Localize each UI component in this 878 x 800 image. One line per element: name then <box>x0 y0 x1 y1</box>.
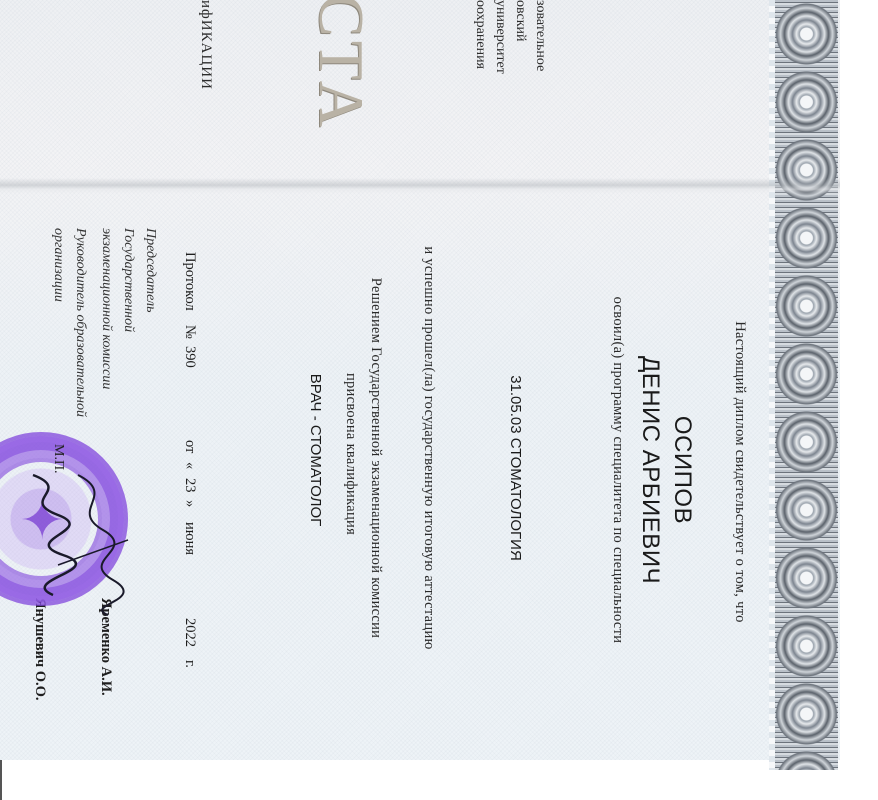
protocol-day: 23 <box>181 478 198 493</box>
guilloche-border-stripe <box>775 0 838 770</box>
chair-line-3: экзаменационной комиссии <box>98 228 114 389</box>
org-line-4: оохранения <box>472 0 488 69</box>
chair-line-1: Председатель <box>142 228 158 313</box>
intro-text: Настоящий диплом свидетельствует о том, … <box>731 321 748 622</box>
specialty: 31.05.03 СТОМАТОЛОГИЯ <box>507 375 524 561</box>
protocol-year: 2022 <box>181 618 198 647</box>
attestation-text: и успешно прошел(ла) государственную ито… <box>420 246 437 649</box>
diploma-sheet: зовательное овский университет оохранени… <box>0 0 878 800</box>
program-text: освоил(а) программу специалитета по спец… <box>609 297 626 644</box>
assigned-text: присвоена квалификация <box>342 373 359 535</box>
diploma-big-title: СТА <box>304 0 378 131</box>
protocol-year-suffix: г. <box>181 660 198 668</box>
qualification-heading: ифИКАЦИИ <box>197 0 214 90</box>
protocol-day-close: » <box>181 500 198 507</box>
head-name: Янушевич О.О. <box>31 598 48 701</box>
protocol-day-open: « <box>181 462 198 469</box>
given-names: ДЕНИС АРБИЕВИЧ <box>636 356 664 584</box>
head-line-1: Руководитель образовательной <box>72 228 88 417</box>
org-line-1: зовательное <box>532 0 548 71</box>
protocol-number: 390 <box>181 346 198 368</box>
qualification: ВРАЧ - СТОМАТОЛОГ <box>307 374 324 527</box>
chair-line-2: Государственной <box>120 228 136 332</box>
org-line-2: овский <box>512 0 528 42</box>
page-fold <box>0 178 840 194</box>
head-line-2: организации <box>50 228 66 302</box>
head-signature <box>8 470 88 600</box>
org-line-3: университет <box>492 0 508 74</box>
surname: ОСИПОВ <box>668 416 696 524</box>
protocol-month: июня <box>181 522 198 555</box>
decision-text: Решением Государственной экзаменационной… <box>367 278 384 638</box>
protocol-from: от <box>181 440 198 453</box>
border-stripe-edge <box>769 0 775 770</box>
protocol-label: Протокол <box>181 252 198 311</box>
protocol-number-sign: № <box>181 325 198 339</box>
